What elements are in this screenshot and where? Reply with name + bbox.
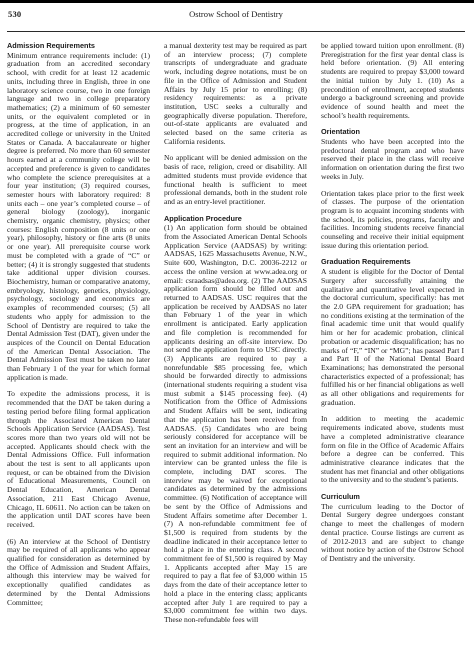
heading-graduation-requirements: Graduation Requirements: [321, 258, 464, 267]
heading-application-procedure: Application Procedure: [164, 215, 307, 224]
curriculum-paragraph: The curriculum leading to the Doctor of …: [321, 503, 464, 564]
column-3: be applied toward tuition upon enrollmen…: [321, 42, 464, 655]
orientation-paragraph-1: Students who have been accepted into the…: [321, 138, 464, 182]
admission-paragraph-continued: a manual dexterity test may be required …: [164, 42, 307, 146]
column-1: Admission Requirements Minimum entrance …: [7, 42, 150, 655]
heading-admission-requirements: Admission Requirements: [7, 42, 150, 51]
admission-paragraph-2: To expedite the admissions process, it i…: [7, 390, 150, 529]
application-procedure-paragraph: (1) An application form should be obtain…: [164, 224, 307, 624]
heading-curriculum: Curriculum: [321, 493, 464, 502]
admission-paragraph-3: (6) An interview at the School of Dentis…: [7, 538, 150, 608]
graduation-paragraph-2: In addition to meeting the academic requ…: [321, 415, 464, 485]
graduation-paragraph-1: A student is eligible for the Doctor of …: [321, 268, 464, 407]
nondiscrimination-paragraph: No applicant will be denied admission on…: [164, 154, 307, 206]
header-rule: [7, 31, 465, 32]
page-header: 530 Ostrow School of Dentistry: [8, 9, 464, 23]
catalog-page: 530 Ostrow School of Dentistry Admission…: [0, 0, 474, 655]
application-procedure-continued: be applied toward tuition upon enrollmen…: [321, 42, 464, 120]
running-title: Ostrow School of Dentistry: [8, 9, 464, 20]
column-2: a manual dexterity test may be required …: [164, 42, 307, 655]
admission-paragraph-1: Minimum entrance requirements include: (…: [7, 52, 150, 383]
top-rule: [0, 0, 474, 3]
orientation-paragraph-2: Orientation takes place prior to the fir…: [321, 190, 464, 251]
heading-orientation: Orientation: [321, 128, 464, 137]
text-columns: Admission Requirements Minimum entrance …: [7, 42, 465, 655]
